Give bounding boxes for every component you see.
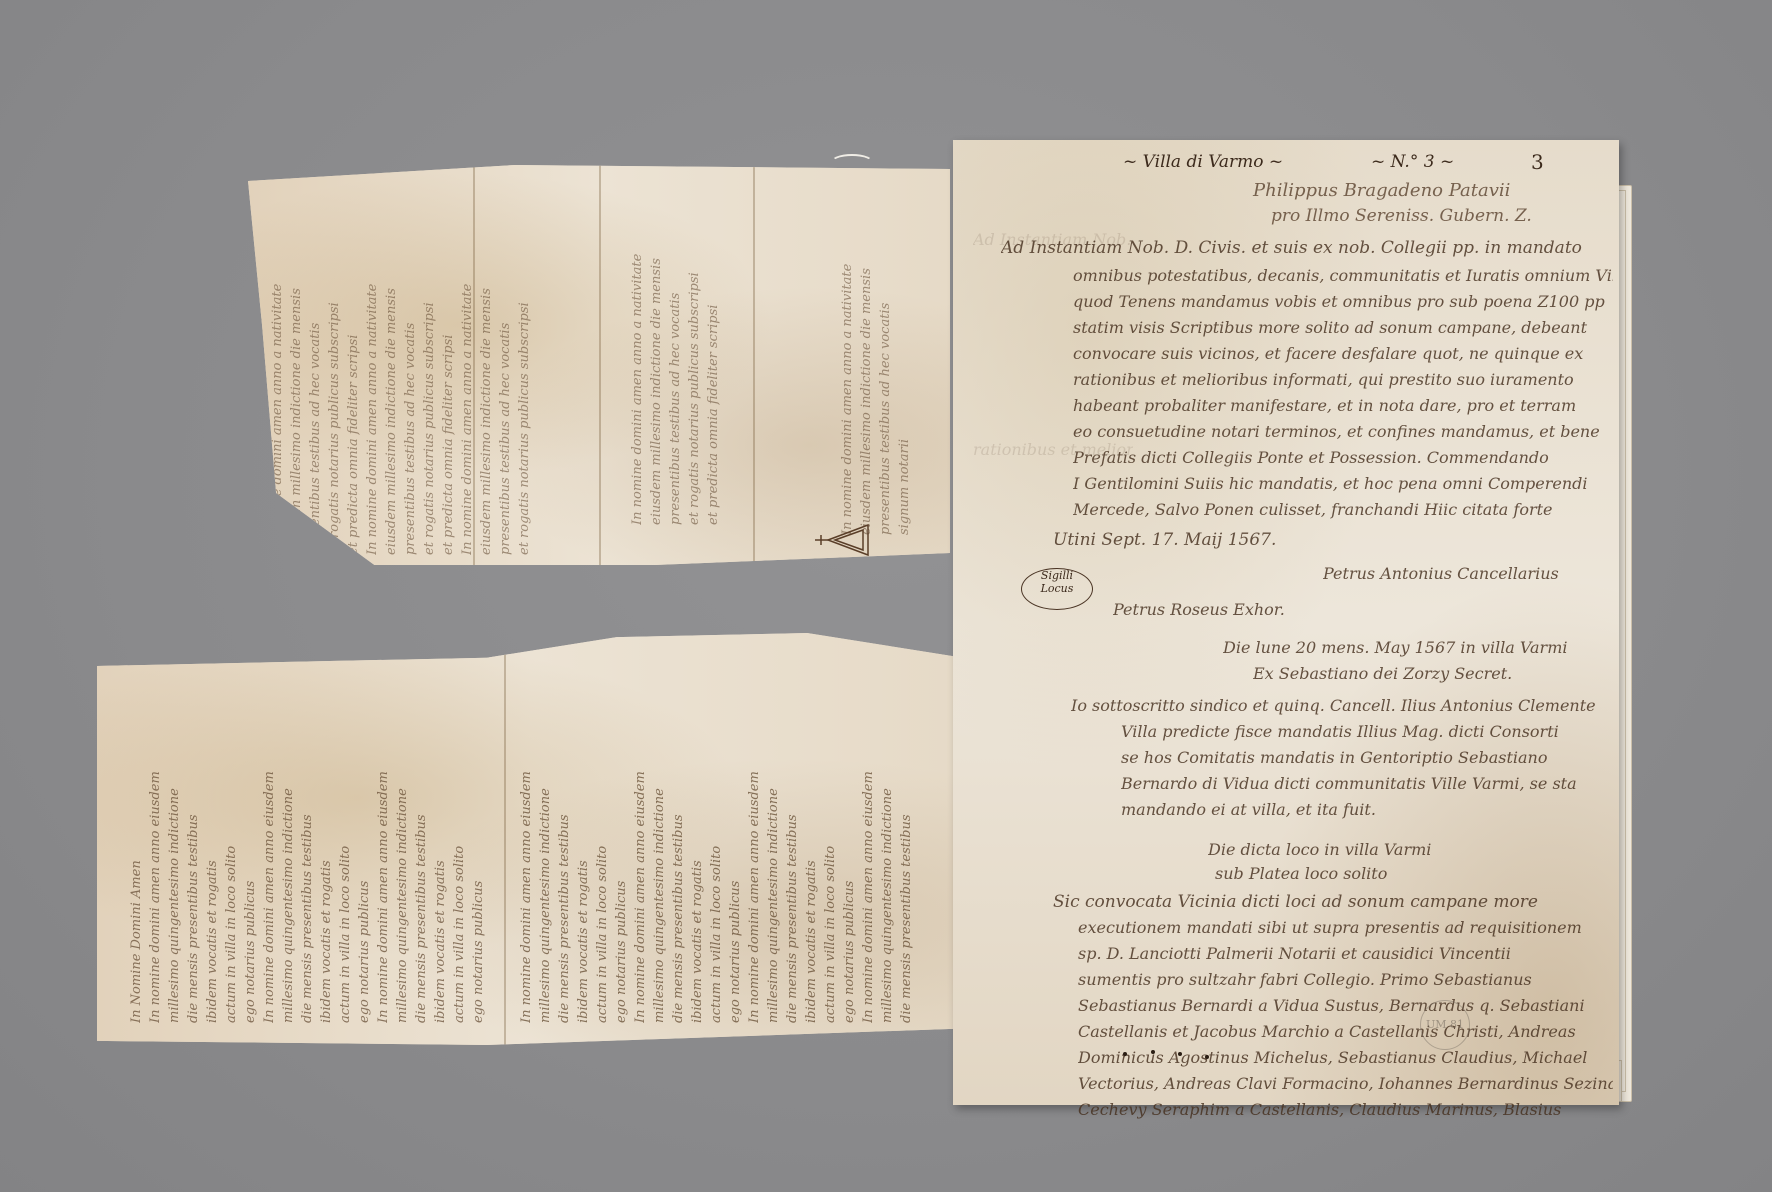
manuscript-line: Cechevy Seraphim a Castellanis, Claudius… [1078,1100,1613,1119]
manuscript-line: omnibus potestatibus, decanis, communita… [1073,266,1613,285]
manuscript-column: In nomine domini amen anno a nativitatee… [268,175,568,555]
binding-hole [1178,1052,1182,1056]
entry-heading: Die lune 20 mens. May 1567 in villa Varm… [1223,638,1603,657]
manuscript-line: Io sottoscritto sindico et quinq. Cancel… [1071,696,1616,715]
header-location: ~ Villa di Varmo ~ [1123,152,1283,172]
manuscript-column: In nomine domini amen anno a nativitatee… [628,185,738,525]
entry-heading: sub Platea loco solito [1215,864,1515,883]
title-line: Philippus Bragadeno Patavii [1253,180,1510,201]
archive-stamp: UM 81 [1420,1000,1470,1050]
fold-line [504,633,506,1045]
manuscript-column: In nomine domini amen anno eiusdemmilles… [517,663,947,1023]
manuscript-line: eo consuetudine notari terminos, et conf… [1073,422,1613,441]
manuscript-line: rationibus et melioribus informati, qui … [1073,370,1613,389]
bound-register-page: Ad Instantiam Nob. D. Civis. et suis ex … [953,140,1619,1105]
binding-hole [1205,1055,1209,1059]
binding-string [830,154,874,172]
manuscript-line: sp. D. Lanciotti Palmerii Notarii et cau… [1078,944,1613,963]
upper-left-document: In nomine domini amen anno a nativitatee… [248,165,950,565]
manuscript-line: Castellanis et Jacobus Marchio a Castell… [1078,1022,1613,1041]
notary-signum-icon [813,520,883,560]
manuscript-line: Bernardo di Vidua dicti communitatis Vil… [1121,774,1616,793]
date-line: Utini Sept. 17. Maij 1567. [1053,530,1413,550]
lower-left-document: In Nomine Domini Amen In nomine domini a… [97,633,963,1045]
manuscript-line: Sebastianus Bernardi a Vidua Sustus, Ber… [1078,996,1613,1015]
manuscript-line: statim visis Scriptibus more solito ad s… [1073,318,1613,337]
page-number: 3 [1531,150,1544,174]
title-line: pro Illmo Sereniss. Gubern. Z. [1271,206,1532,226]
header-document-number: ~ N.° 3 ~ [1371,152,1454,172]
manuscript-line: habeant probaliter manifestare, et in no… [1073,396,1613,415]
binding-hole [1151,1050,1155,1054]
manuscript-line: sumentis pro sultzahr fabri Collegio. Pr… [1078,970,1613,989]
binding-hole [1123,1052,1127,1056]
manuscript-line: Mercede, Salvo Ponen culisset, franchand… [1073,500,1613,519]
manuscript-line: Ad Instantiam Nob. D. Civis. et suis ex … [1001,238,1611,258]
signature-right: Petrus Antonius Cancellarius [1323,564,1583,583]
manuscript-line: I Gentilomini Suiis hic mandatis, et hoc… [1073,474,1613,493]
manuscript-line: se hos Comitatis mandatis in Gentoriptio… [1121,748,1616,767]
seal-mark: SigilliLocus [1021,568,1093,610]
manuscript-line: Prefatis dicti Collegiis Ponte et Posses… [1073,448,1613,467]
manuscript-line: mandando ei at villa, et ita fuit. [1121,800,1521,819]
manuscript-line: convocare suis vicinos, et facere desfal… [1073,344,1613,363]
manuscript-line: quod Tenens mandamus vobis et omnibus pr… [1073,292,1613,311]
manuscript-line: Villa predicte fisce mandatis Illius Mag… [1121,722,1616,741]
fold-line [599,165,601,565]
manuscript-line: executionem mandati sibi ut supra presen… [1078,918,1613,937]
fold-line [753,165,755,565]
entry-heading: Ex Sebastiano dei Zorzy Secret. [1253,664,1593,683]
manuscript-column: In Nomine Domini Amen In nomine domini a… [127,683,497,1023]
manuscript-line: Vectorius, Andreas Clavi Formacino, Ioha… [1078,1074,1613,1093]
manuscript-column: In nomine domini amen anno a nativitatee… [838,185,928,535]
subscription-line: Petrus Roseus Exhor. [1113,600,1373,619]
manuscript-line: Sic convocata Vicinia dicti loci ad sonu… [1053,892,1613,912]
manuscript-line: Dominicus Agostinus Michelus, Sebastianu… [1078,1048,1613,1067]
entry-heading: Die dicta loco in villa Varmi [1208,840,1508,859]
